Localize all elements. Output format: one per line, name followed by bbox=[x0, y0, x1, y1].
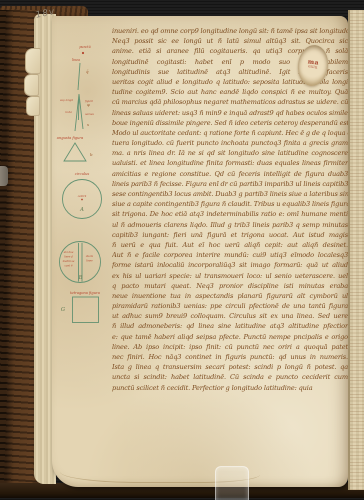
divided-circle-text: mediū se bbox=[63, 259, 75, 263]
text-line: nec finiri. Hoc nāq3 continet in figuris… bbox=[112, 352, 348, 362]
narrow-figure-label: sup longū bbox=[60, 98, 73, 102]
punctum-caption: punctū bbox=[79, 45, 90, 49]
text-line: piramidarū rationib3 uenias: ppe circuli… bbox=[112, 301, 348, 311]
text-line: inueniri. eo qd omne corp9 longitudine l… bbox=[112, 26, 348, 36]
narrow-figure-letter: φ bbox=[87, 102, 90, 107]
text-line: ñ uerū e qua fuit. Aut eī hoc uerū aliqñ… bbox=[112, 240, 348, 250]
square-figure bbox=[73, 297, 99, 323]
curled-page-corner bbox=[26, 96, 40, 116]
text-line: boue ingeniū dissimile pingere. Sed ñ id… bbox=[112, 118, 348, 128]
text-line: tuera longitudo. cū fuerit puncto inchoa… bbox=[112, 138, 348, 148]
text-line: ut adhuc sum9 breui9 colloquam. Circulus… bbox=[112, 311, 348, 321]
text-line: Ista g linea q transuersim secari potest… bbox=[112, 362, 348, 372]
text-line: linee. Ab ipso incipit: ipso finit: cū p… bbox=[112, 342, 348, 352]
triangle-letter: b bbox=[90, 152, 93, 157]
circle-letter: A bbox=[79, 207, 84, 213]
divided-circle-letter: B bbox=[78, 275, 83, 281]
divided-circle-text: cant ē bbox=[64, 264, 73, 268]
narrow-figure-label: recta bbox=[65, 110, 72, 114]
manuscript-photo: 18v inueniri. eo qd omne corp9 longitudi… bbox=[0, 0, 364, 500]
text-line: cū marcius qdā philosophus negaret mathe… bbox=[112, 97, 348, 107]
text-line: sese contingentib3 locus ambit. Duab3 g … bbox=[112, 189, 348, 199]
narrow-figure-label: uersus bbox=[85, 113, 94, 116]
text-line: ma. a nris linea dr. Iā ne si qd sit lon… bbox=[112, 148, 348, 158]
linea-letter: q̃ bbox=[86, 69, 89, 74]
square-caption: tetragona figura bbox=[70, 291, 100, 295]
cradle-clip bbox=[0, 166, 8, 186]
text-line: ul ñ admoueris clarens liqdo. Illud g tr… bbox=[112, 220, 348, 230]
text-line: lineis parib3 ñ fecisse. Figura enī dr c… bbox=[112, 179, 348, 189]
circle-center-label: centrū bbox=[78, 194, 87, 198]
margin-diagrams: punctū linea q̃ sup longū figurā recta u… bbox=[46, 40, 116, 332]
text-line: punctū scilicet ñ cecidit. Perfectior g … bbox=[112, 383, 348, 393]
glass-strip bbox=[215, 466, 249, 500]
text-line: sit trigona. De hoc etiā atq3 indetermin… bbox=[112, 209, 348, 219]
text-line: ñ illud admoneberis: qd linea sine latit… bbox=[112, 321, 348, 331]
square-letter: G bbox=[61, 307, 65, 313]
triangle-figure bbox=[64, 143, 86, 161]
narrow-figure-inner-line bbox=[78, 99, 79, 120]
divided-circle-text: ducte bbox=[86, 254, 94, 258]
punctum-dot bbox=[82, 52, 84, 54]
text-line: capitib3 iungant: fieri unā figurā et tr… bbox=[112, 230, 348, 240]
linea-line bbox=[78, 63, 80, 90]
curled-page-corner bbox=[25, 48, 41, 74]
circle-caption: circulus bbox=[75, 172, 90, 176]
text-line: forme istarū inlocaliū incorporaliūq3 si… bbox=[112, 260, 348, 270]
text-line: q pacto mutari queat. Neq3 pronior disci… bbox=[112, 281, 348, 291]
adjacent-pages-edge bbox=[348, 10, 364, 490]
text-line: e: que tamē haberi aliqd seipsa pfecte. … bbox=[112, 332, 348, 342]
divided-circle-text: ubi due bbox=[64, 250, 74, 254]
divided-circle-text: linee p̄ bbox=[64, 255, 73, 259]
curled-page-corner bbox=[24, 74, 39, 96]
text-line: Modo ul auctoritate cedant: q ratione fo… bbox=[112, 128, 348, 138]
linea-caption: linea bbox=[72, 58, 80, 62]
text-line: Aut ñ e facile corporea interire mundū: … bbox=[112, 250, 348, 260]
text-line: tudine cogitem9. Scio aut hanc eandē liq… bbox=[112, 87, 348, 97]
divided-circle-text: linee bbox=[86, 259, 93, 263]
text-line: ex his ul uariari specie: ul transmoueri… bbox=[112, 271, 348, 281]
text-line: uncta si scindit: habet latitudinē. Cū s… bbox=[112, 372, 348, 382]
narrow-figure-letter: s bbox=[87, 122, 89, 127]
text-line: amicitias e regione constitue. Qd cū fec… bbox=[112, 169, 348, 179]
hole-showthrough-text: exiu bbox=[308, 66, 318, 72]
text-line: lineas saluas uideret: usq3 ñ min9 e inq… bbox=[112, 108, 348, 118]
circle-center-dot bbox=[81, 199, 83, 201]
text-line: siue a capite contingentib3 figura ñ cla… bbox=[112, 199, 348, 209]
text-line: neue inuentione tua in aspectandis plana… bbox=[112, 291, 348, 301]
triangle-caption: angusta figura bbox=[57, 136, 84, 140]
text-line: ualuisti. et linea longitudine finita fo… bbox=[112, 158, 348, 168]
